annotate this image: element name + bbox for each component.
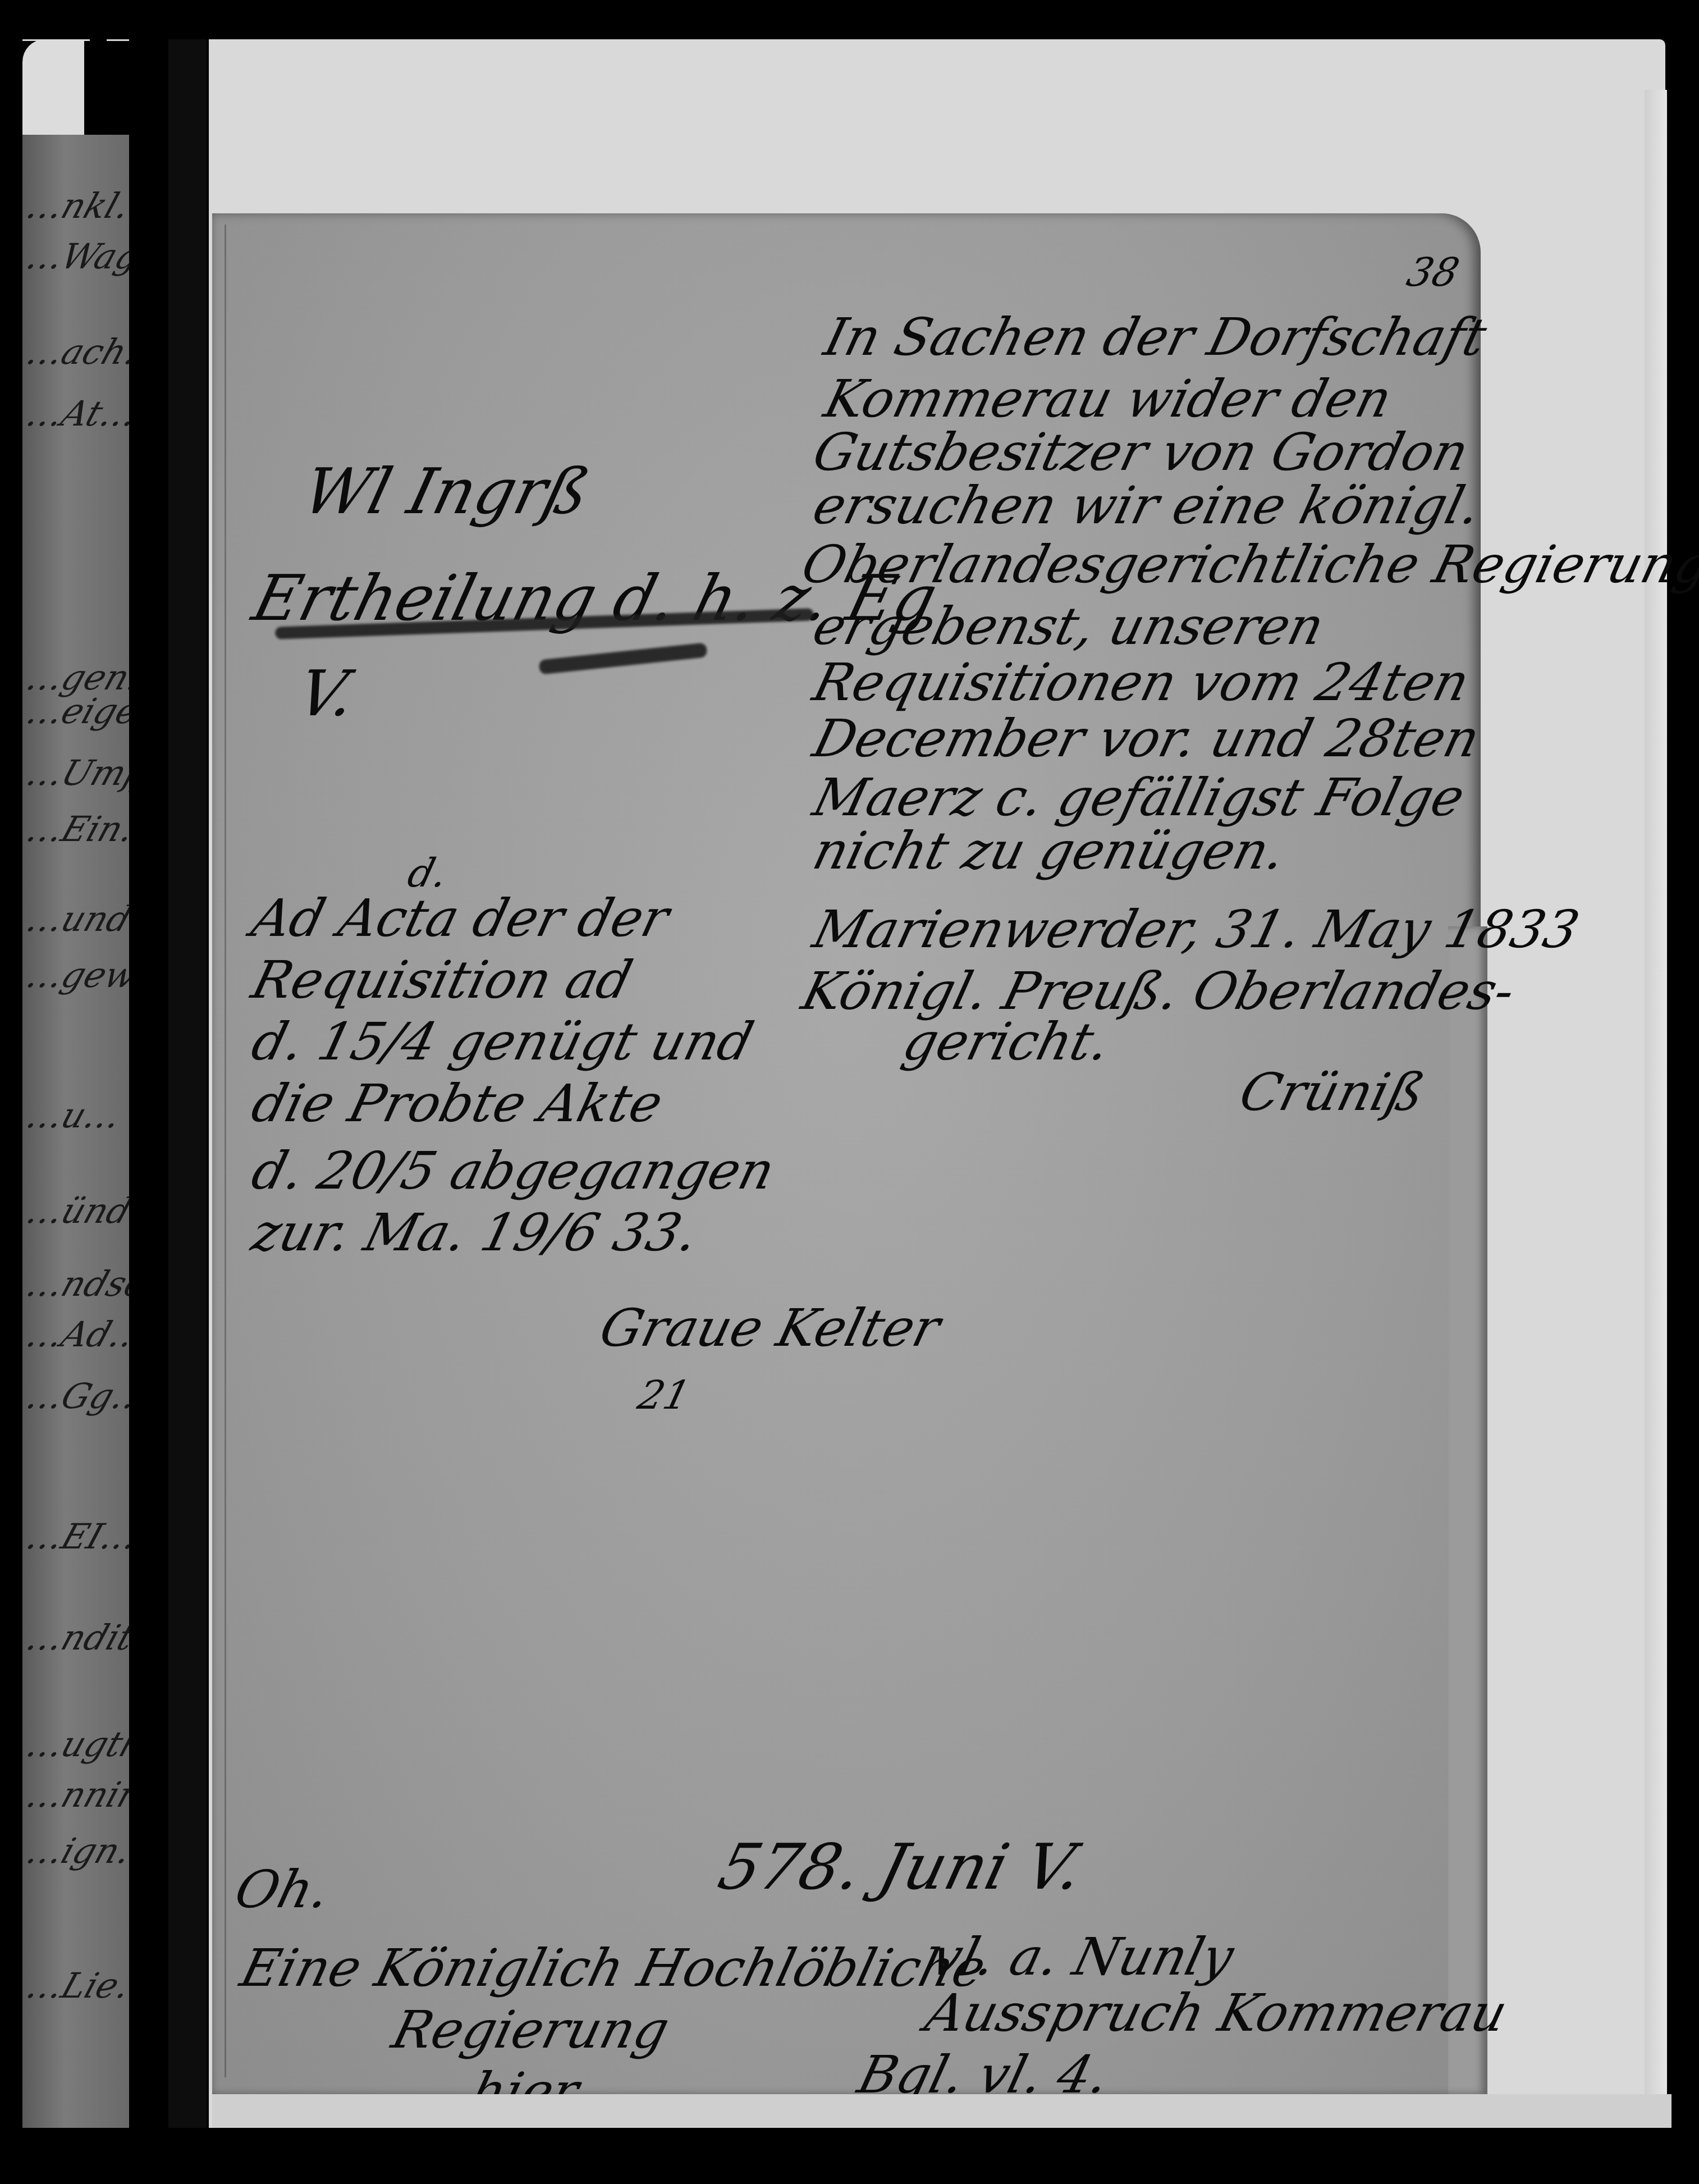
binding-edge	[168, 39, 207, 2145]
addressee-line: Regierung	[387, 2004, 674, 2056]
footer-mark: Oh.	[230, 1864, 335, 1916]
addressee-line: Eine Königlich Hochlöbliche	[236, 1943, 991, 1994]
body-line: Kommerau wider den	[819, 373, 1396, 425]
reference-line: Ausspruch Kommerau	[921, 1987, 1512, 2039]
note-line: d. 15/4 genügt und	[247, 1016, 758, 1068]
note-signature-day: 21	[634, 1376, 694, 1415]
note-line: die Probte Akte	[247, 1078, 667, 1130]
body-line: Maerz c. gefälligst Folge	[808, 772, 1469, 824]
folio-number: 38	[1403, 253, 1463, 292]
fold-line	[225, 225, 226, 2077]
left-leaf-line: …At…	[21, 393, 143, 434]
mount-bottom-edge	[212, 2094, 1671, 2128]
issuing-authority: Königl. Preuß. Oberlandes-	[797, 966, 1520, 1017]
note-line: Ad Acta der der	[247, 893, 674, 944]
mount-edge	[1645, 90, 1667, 2111]
left-leaf-top	[22, 39, 84, 135]
body-line: Gutsbesitzer von Gordon	[808, 427, 1473, 478]
entry-number: 578. Juni V.	[713, 1836, 1089, 1899]
scanner-top-rail	[0, 0, 1699, 39]
body-line: December vor. und 28ten	[808, 713, 1485, 765]
body-line: In Sachen der Dorfschaft	[819, 312, 1491, 363]
note-line: zur. Ma. 19/6 33.	[247, 1207, 703, 1259]
rail-mark	[107, 39, 129, 41]
note-line: d. 20/5 abgegangen	[247, 1145, 780, 1197]
issuing-authority-cont: gericht.	[898, 1016, 1115, 1068]
reference-line: Bgl. vl. 4.	[853, 2049, 1114, 2101]
body-line: Requisitionen vom 24ten	[808, 657, 1474, 709]
signature: Crüniß	[1235, 1067, 1430, 1118]
sheet-edge	[1448, 926, 1487, 2094]
reference-line: vl. a. Nunly	[926, 1931, 1239, 1983]
body-line: nicht zu genügen.	[808, 825, 1290, 877]
note-signature: Graue Kelter	[595, 1303, 945, 1354]
left-leaf-line: …EI…	[21, 1516, 143, 1557]
left-leaf-line: …u…	[21, 1095, 127, 1136]
body-line: ersuchen wir eine königl.	[808, 480, 1486, 532]
docket-line-1: Wl Ingrß	[297, 460, 596, 523]
note-line: Requisition ad	[247, 954, 637, 1006]
scanner-bottom	[0, 2128, 1699, 2184]
place-date: Marienwerder, 31. May 1833	[808, 904, 1584, 956]
